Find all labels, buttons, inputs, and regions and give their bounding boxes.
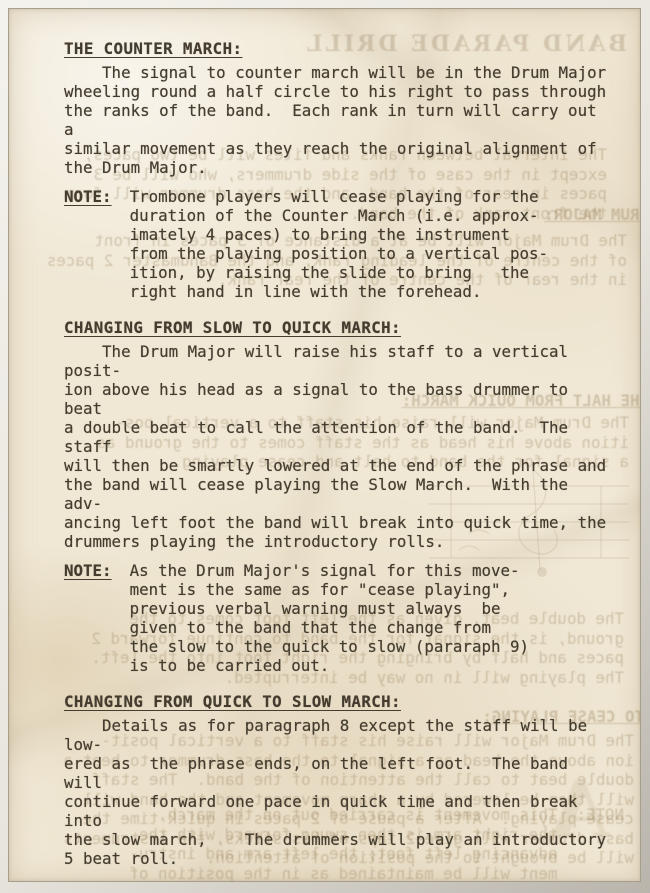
paragraph: The signal to counter march will be in t… <box>64 63 614 177</box>
paper-sheet: BAND PARADE DRILL The interval between r… <box>8 8 641 882</box>
note-block: NOTE: Trombone players will cease playin… <box>64 187 614 301</box>
section-counter-march: THE COUNTER MARCH: The signal to counter… <box>64 39 614 301</box>
paragraph: The Drum Major will raise his staff to a… <box>64 342 614 551</box>
note-block: NOTE: As the Drum Major's signal for thi… <box>64 561 614 675</box>
note-text: Trombone players will cease playing for … <box>130 187 548 301</box>
scanned-page: BAND PARADE DRILL The interval between r… <box>0 0 650 893</box>
section-heading: CHANGING FROM SLOW TO QUICK MARCH: <box>64 318 614 337</box>
note-label: NOTE: <box>64 561 112 675</box>
section-heading: CHANGING FROM QUICK TO SLOW MARCH: <box>64 692 614 711</box>
note-label: NOTE: <box>64 187 112 301</box>
note-text: As the Drum Major's signal for this move… <box>130 561 529 675</box>
section-slow-to-quick: CHANGING FROM SLOW TO QUICK MARCH: The D… <box>64 318 614 675</box>
paragraph: Details as for paragraph 8 except the st… <box>64 716 614 868</box>
section-heading: THE COUNTER MARCH: <box>64 39 614 58</box>
section-quick-to-slow: CHANGING FROM QUICK TO SLOW MARCH: Detai… <box>64 692 614 868</box>
typewritten-content: THE COUNTER MARCH: The signal to counter… <box>9 9 640 868</box>
